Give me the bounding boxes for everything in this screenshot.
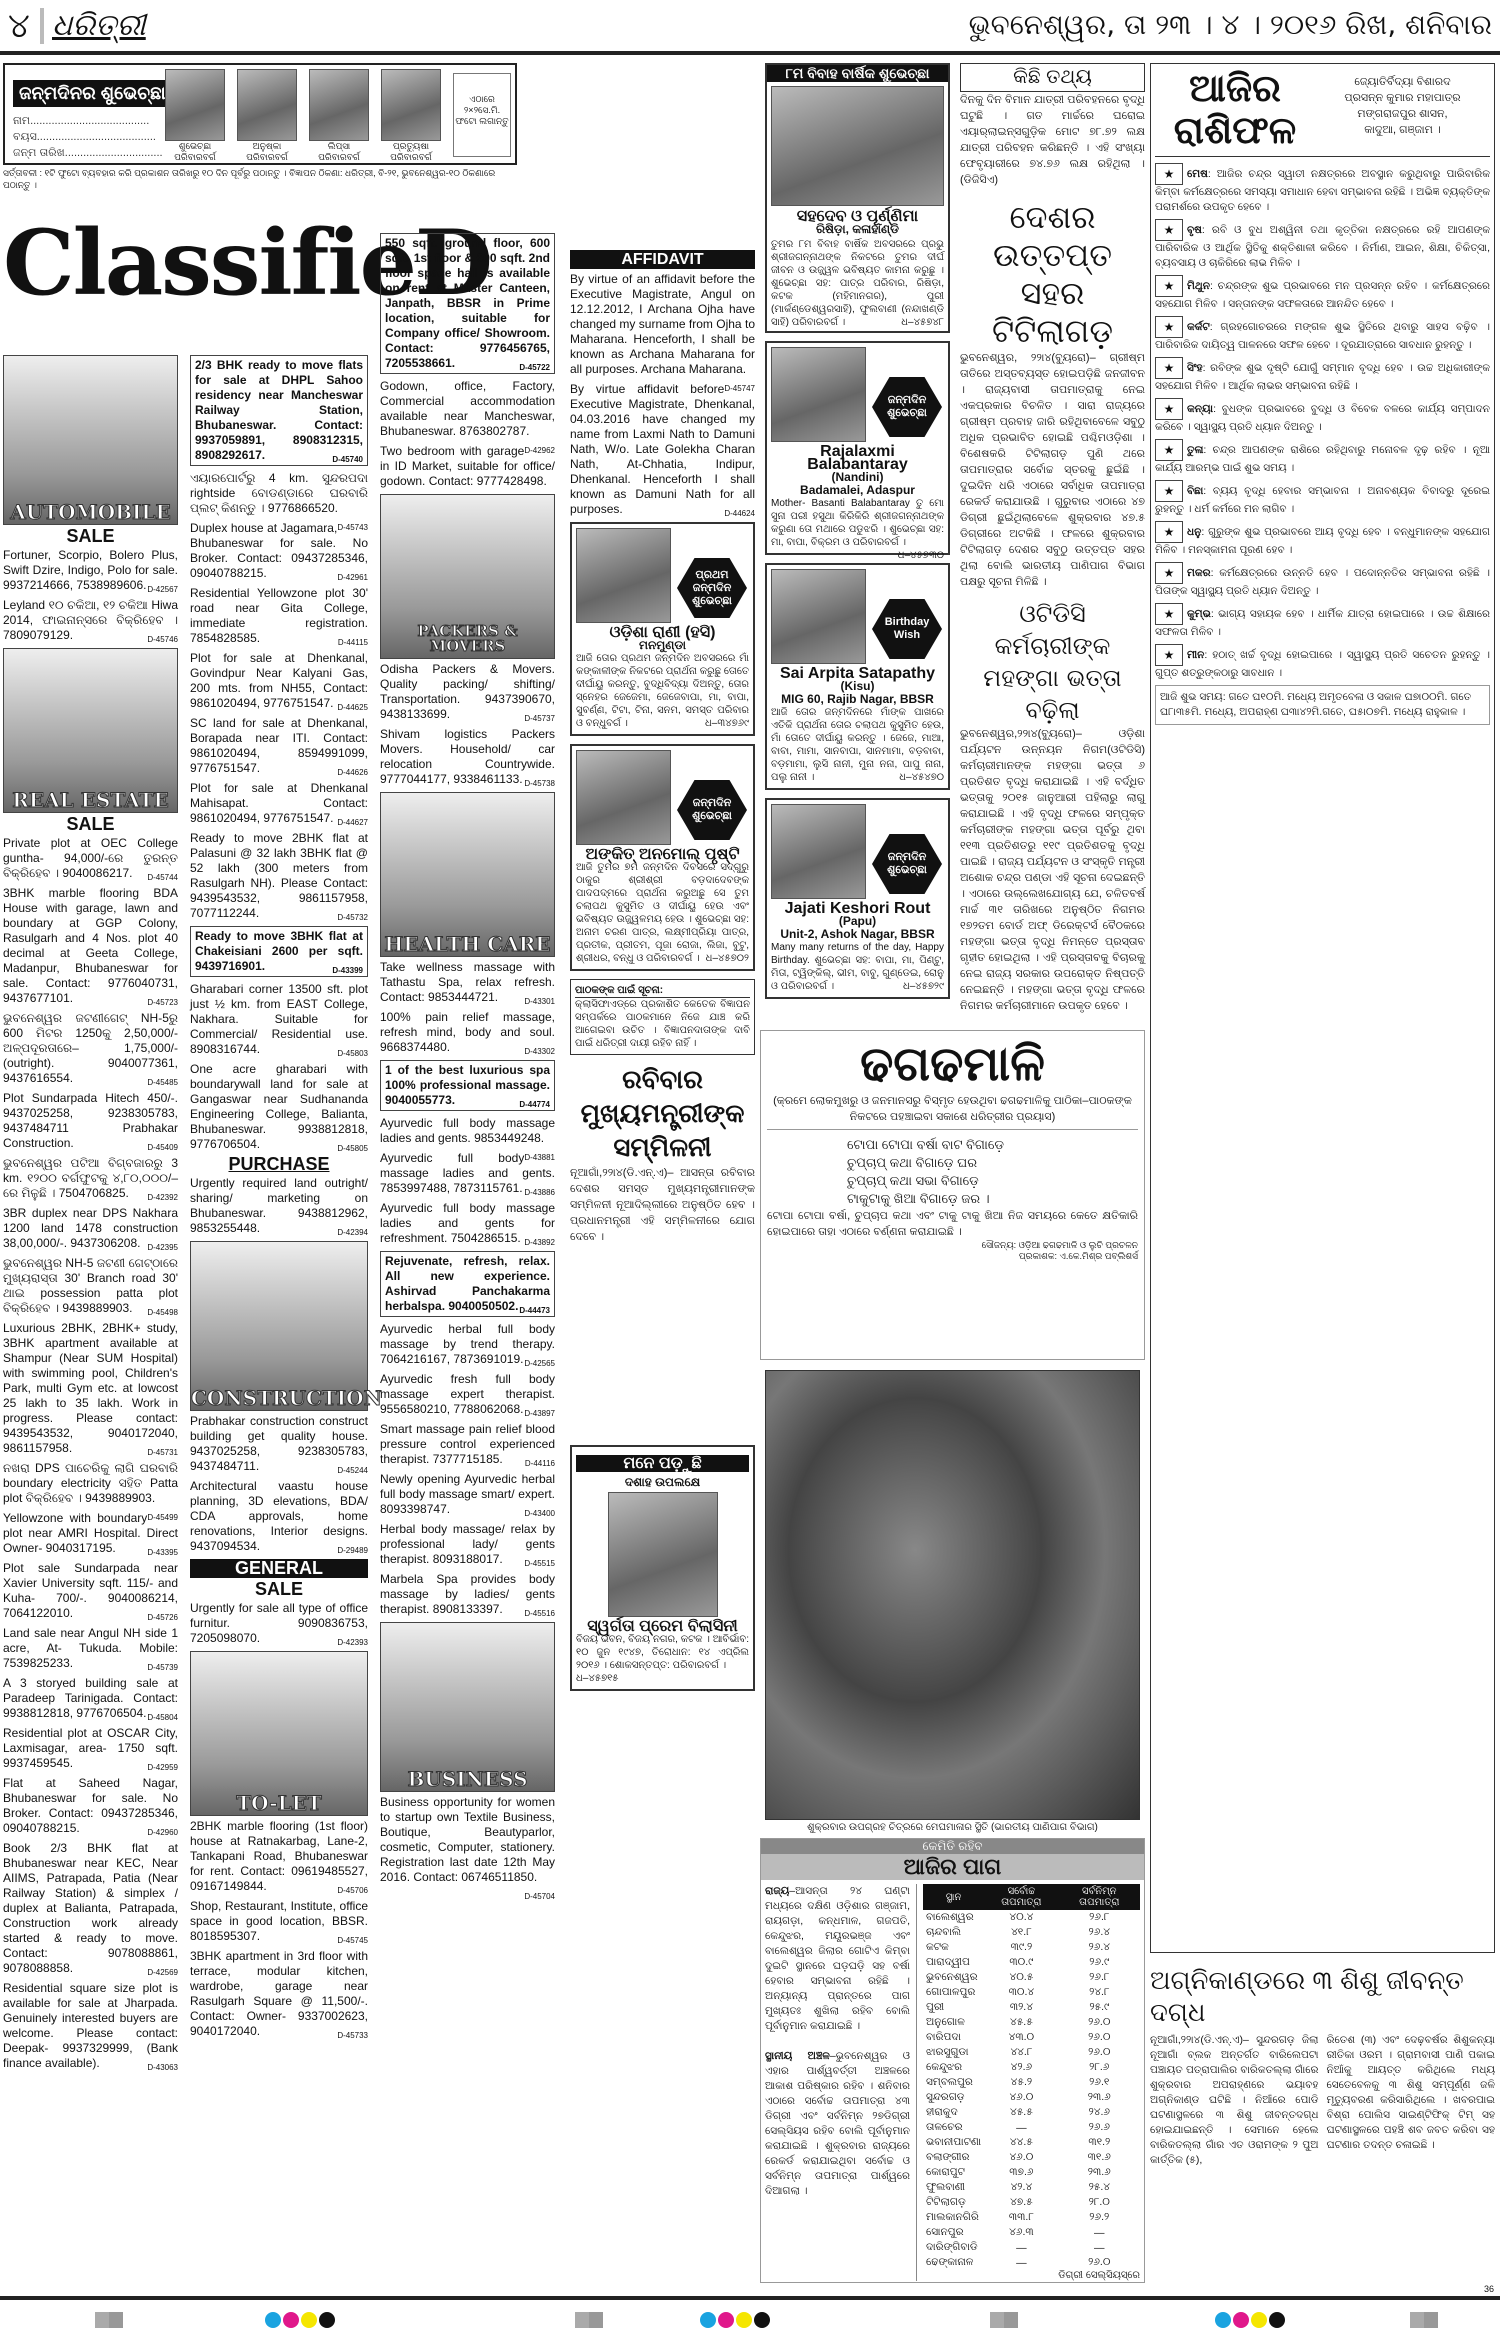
anniversary-heading: ୮ମ ବିବାହ ବାର୍ଷିକ ଶୁଭେଚ୍ଛା — [767, 65, 948, 82]
classified-ad: Luxurious 2BHK, 2BHK+ study, 3BHK apartm… — [3, 1321, 178, 1456]
first-birthday-badge: ପ୍ରଥମ ଜନ୍ମଦିନ ଶୁଭେଚ୍ଛା — [677, 558, 747, 618]
classified-ad: Architectural vaastu house planning, 3D … — [190, 1479, 368, 1554]
horoscope-title: ଆଜିରରାଶିଫଳ — [1155, 68, 1315, 152]
ad-code: D-45805 — [337, 1141, 368, 1156]
classified-ad: 3BHK marble flooring BDA House with gara… — [3, 886, 178, 1006]
zodiac-sign-lion: ★ସିଂହ: ରବିଙ୍କ ଶୁଭ ଦୃଷ୍ଟି ଯୋଗୁଁ ସମ୍ମାନ ବୃ… — [1155, 357, 1490, 394]
wish-message: ଆଜି ତୁମର ୭ମ ଜନ୍ମଦିନ ଦିବସରେ ସଦ୍‌ଗୁରୁ ଠାକୁ… — [576, 861, 749, 965]
fire-headline[interactable]: ଅଗ୍ନିକାଣ୍ଡରେ ୩ ଶିଶୁ ଜୀବନ୍ତ ଦଗ୍ଧ — [1150, 1965, 1495, 2029]
form-age-field: ବୟସ.....................................… — [13, 131, 156, 144]
wish-name: ଅଙ୍କିତ୍ ଅନମୋଲ୍ ପୃଷ୍ଟି — [576, 848, 749, 861]
obituary-heading: ମନେ ପଡ଼ୁଛି — [576, 1455, 749, 1472]
classified-ad: Ayurvedic herbal full body massage by tr… — [380, 1322, 555, 1367]
classified-ad: One acre gharabari with boundarywall lan… — [190, 1062, 368, 1152]
classified-ad: Gharabari corner 13500 sft. plot just ½ … — [190, 982, 368, 1057]
ad-code: D-44625 — [337, 700, 368, 715]
classified-column-5: ୮ମ ବିବାହ ବାର୍ଷିକ ଶୁଭେଚ୍ଛା ସହଦେବ ଓ ପୂର୍ଣ୍… — [765, 63, 950, 1007]
lion-icon: ★ — [1155, 357, 1183, 379]
classified-ad: Ayurvedic full body massage ladies and g… — [380, 1201, 555, 1246]
person-photo — [771, 569, 866, 664]
ad-code: D-45723 — [147, 995, 178, 1010]
couple-photo — [771, 86, 944, 206]
temperature-row: ଢେଙ୍କାନାଳ—୨୬.୦ — [923, 2255, 1140, 2270]
temperature-row: ଫୁଲବାଣୀ୪୨.୪୨୫.୪ — [923, 2180, 1140, 2195]
photo-image — [381, 69, 441, 141]
rally-body: ନୂଆଗାଁ,୨୨ା୪(ଡି.ଏନ୍.ଏ)– ଆସନ୍ତା ରବିବାର ଦେଶ… — [570, 1165, 755, 1245]
local-label: ସ୍ଥାନୀୟ ଅଞ୍ଚଳ — [765, 2050, 830, 2062]
verse-line: ଚୁପ୍‌ଚାପ୍ କଥା ବିଗାଡ଼େ ଘର — [847, 1154, 1138, 1172]
wish-message: ଆଜି ତୋର ପ୍ରଥମ ଜନ୍ମଦିନ ଅବସରରେ ମାଁ କଙ୍କାଳୀ… — [576, 652, 749, 730]
maiden-icon: ★ — [1155, 398, 1183, 420]
bull-icon: ★ — [1155, 219, 1183, 241]
ad-code: D-43399 — [332, 963, 363, 978]
birthday-badge: ଜନ୍ମଦିନ ଶୁଭେଚ୍ଛା — [872, 834, 942, 894]
ad-code: D-44627 — [337, 815, 368, 830]
water-bearer-icon: ★ — [1155, 603, 1183, 625]
birthday-wishes-form: ଜନ୍ମଦିନର ଶୁଭେଚ୍ଛା ନାମ...................… — [3, 63, 517, 165]
classified-ad: Private plot at OEC College guntha- 94,0… — [3, 836, 178, 881]
temperature-table-wrap: ସ୍ଥାନ ସର୍ବୋଚ୍ଚ ତାପମାତ୍ରା ସର୍ବନିମ୍ନ ତାପମା… — [923, 1884, 1140, 2281]
zodiac-sign-crab: ★କର୍କଟ: ଗ୍ରହଗୋଚରରେ ମଙ୍ଗଳ ଶୁଭ ସ୍ଥିତିରେ ଥି… — [1155, 316, 1490, 353]
crab-icon: ★ — [1155, 316, 1183, 338]
ad-code: D-42961 — [337, 570, 368, 585]
satellite-weather-map — [765, 1370, 1140, 1820]
classified-ad: Ready to move 2BHK flat at Palasuni @ 32… — [190, 831, 368, 921]
ad-code: D-45726 — [147, 1610, 178, 1625]
temperature-row: ବାଲେଶ୍ୱର୪୦.୪୨୬.୮ — [923, 1910, 1140, 1925]
ad-code: D-42393 — [337, 1635, 368, 1650]
ad-code: D-44116 — [525, 1456, 555, 1471]
goat-icon: ★ — [1155, 562, 1183, 584]
ad-code: D-45515 — [524, 1556, 555, 1571]
ad-code: D-42569 — [147, 1965, 178, 1980]
temperature-row: ତାଳଚେର—୨୬.୬ — [923, 2120, 1140, 2135]
classified-ad: Land sale near Angul NH side 1 acre, At-… — [3, 1626, 178, 1671]
verse-line: ଟୋପା ଟୋପା ବର୍ଷା ବାଟ ବିଗାଡ଼େ — [847, 1136, 1138, 1154]
page-code: 36 — [1484, 2284, 1494, 2294]
form-dob-field: ଜନ୍ମ ତାରିଖ..............................… — [13, 147, 163, 160]
automobile-banner: AUTOMOBILE — [3, 355, 178, 525]
temperature-row: ସୁନ୍ଦରଗଡ଼୪୬.୦୨୩.୬ — [923, 2090, 1140, 2105]
classified-column-3: 550 sqft. ground floor, 600 sqft. 1st fl… — [380, 233, 555, 1904]
ad-code: D-42394 — [337, 1225, 368, 1240]
ad-code: D-29489 — [337, 1543, 368, 1558]
health-care-label: HEALTH CARE — [381, 937, 554, 952]
heat-headline[interactable]: ଦେଶର ଉତ୍ତପ୍ତ ସହର ଟିଟିଲାଗଡ଼ — [960, 198, 1145, 350]
zodiac-sign-twins: ★ମିଥୁନ: ଚନ୍ଦ୍ରଙ୍କ ଶୁଭ ପ୍ରଭାବରେ ମନ ପ୍ରସନ୍… — [1155, 275, 1490, 312]
zodiac-sign-archer: ★ଧନୁ: ଗୁରୁଙ୍କ ଶୁଭ ପ୍ରଭାବରେ ଆୟ ବୃଦ୍ଧି ହେବ… — [1155, 521, 1490, 558]
ad-code: D-45706 — [337, 1883, 368, 1898]
ad-code: D-42565 — [524, 1356, 555, 1371]
classified-ad: Herbal body massage/ relax by profession… — [380, 1522, 555, 1567]
ad-code: D-44774 — [519, 1097, 550, 1112]
photo-image — [165, 69, 225, 141]
temperature-row: ଟିଟିଲାଗଡ଼୪୭.୫୨୮.୦ — [923, 2195, 1140, 2210]
dhaga-explanation: ଟୋପା ଟୋପା ବର୍ଷା, ଚୁପ୍‌ଚାପ କଥା ଏବଂ ଟାକୁ ଟ… — [767, 1208, 1138, 1240]
affidavit-notice: By virtue of an affidavit before the Exe… — [570, 272, 755, 377]
news-column: କିଛି ତଥ୍ୟ ଦିନକୁ ଦିନ ବିମାନ ଯାତ୍ରୀ ପରିବହନର… — [960, 63, 1145, 1014]
rally-headline[interactable]: ରବିବାର ମୁଖ୍ୟମନ୍ତ୍ରୀଙ୍କ ସମ୍ମିଳନୀ — [570, 1063, 755, 1165]
ad-code: D-45740 — [332, 452, 363, 467]
ad-code: D-45485 — [147, 1075, 178, 1090]
classified-ad: SC land for sale at Dhenkanal, Borapada … — [190, 716, 368, 776]
ad-code: D-43063 — [147, 2060, 178, 2075]
birthday-strip-title: ଜନ୍ମଦିନର ଶୁଭେଚ୍ଛା — [13, 80, 172, 107]
temperature-row: କଟକ୩୯.୨୨୬.୪ — [923, 1940, 1140, 1955]
classified-ad: ଭୁବନେଶ୍ୱର ଜଟଣୀଗେଟ୍ NH-5ରୁ 600 ମିଟର 1250କ… — [3, 1011, 178, 1086]
state-label: ରାଜ୍ୟ — [765, 1885, 789, 1897]
zodiac-sign-maiden: ★କନ୍ୟା: ବୁଧଙ୍କ ପ୍ରଭାବରେ ବୁଦ୍ଧି ଓ ବିବେକ ବ… — [1155, 398, 1490, 435]
classified-ad: ନଖରା DPS ପାଚେରିକୁ ଲାଗି ଘରବାରି boundary e… — [3, 1461, 178, 1506]
ad-code: D-44626 — [337, 765, 368, 780]
ad-code: D-45722 — [519, 360, 550, 375]
birthday-photo-1: ଶୁଭେଚ୍ଛା ପରିବାରବର୍ଗ — [165, 69, 225, 163]
dhaga-publisher: ପ୍ରକାଶକ: ଏ.କେ.ମିଶ୍ର ପବ୍ଲିଶର୍ସ — [767, 1251, 1138, 1262]
ad-code: D-43897 — [524, 1406, 555, 1421]
fire-news: ଅଗ୍ନିକାଣ୍ଡରେ ୩ ଶିଶୁ ଜୀବନ୍ତ ଦଗ୍ଧ ନୂଆଗାଁ,୨… — [1150, 1965, 1495, 2168]
person-photo — [771, 804, 866, 899]
ad-code: D-45803 — [337, 1046, 368, 1061]
temperature-row: କୋରାପୁଟ୩୭.୬୨୩.୬ — [923, 2165, 1140, 2180]
birthday-photo-2: ଅନୁଷ୍କା ପରିବାରବର୍ଗ — [237, 69, 297, 163]
classified-ad: Urgently for sale all type of office fur… — [190, 1601, 368, 1646]
ad-code: D-45739 — [147, 1660, 178, 1675]
masthead: ୪ ଧରିତ୍ରୀ ଭୁବନେଶ୍ୱର, ତା ୨୩ । ୪ । ୨୦୧୬ ରି… — [0, 0, 1500, 55]
dhaga-subtitle: (କ୍ରମେ ଲୋକମୁଖରୁ ଓ ଜନମାନସରୁ ବିସ୍ମୃତ ହେଉଥି… — [767, 1093, 1138, 1130]
ad-code: D-45745 — [337, 1933, 368, 1948]
temperature-row: ହୀରାକୁଦ୪୫.୫୨୪.୬ — [923, 2105, 1140, 2120]
dhaga-verse: ଟୋପା ଟୋପା ବର୍ଷା ବାଟ ବିଗାଡ଼େଚୁପ୍‌ଚାପ୍ କଥା… — [767, 1136, 1138, 1208]
classified-ad: Ayurvedic full body massage ladies and g… — [380, 1116, 555, 1146]
classified-column-2: 2/3 BHK ready to move flats for sale at … — [190, 355, 368, 2044]
ad-code: D-45743 — [337, 520, 368, 535]
classified-ad: Plot Sundarpada Hitech 450/-. 9437025258… — [3, 1091, 178, 1151]
classified-ad: ଭୁବନେଶ୍ୱର ପଟିଆ ବିଗ୍‌ବଜାରରୁ 3 km. ୧୨୦୦ ବର… — [3, 1156, 178, 1201]
zodiac-sign-ram: ★ମେଷ: ଆଜିର ଚନ୍ଦ୍ର ସ୍ୱାତୀ ନକ୍ଷତ୍ରରେ ଅବସ୍ଥ… — [1155, 163, 1490, 215]
zodiac-list: ★ମେଷ: ଆଜିର ଚନ୍ଦ୍ର ସ୍ୱାତୀ ନକ୍ଷତ୍ରରେ ଅବସ୍ଥ… — [1155, 163, 1490, 681]
construction-banner: CONSTRUCTION — [190, 1241, 368, 1411]
wish-message: ଆଜି ତୋର ଜନ୍ମଦିନରେ ମାଁଙ୍କ ପାଖରେ ଏତିକି ପ୍ର… — [771, 706, 944, 784]
obituary-photo — [608, 1492, 718, 1617]
classified-ad: 3BR duplex near DPS Nakhara 1200 land 14… — [3, 1206, 178, 1251]
weather-heading: ଆଜିର ପାଗ — [761, 1854, 1144, 1880]
ad-code: D-45732 — [337, 910, 368, 925]
astrologer-info: ଜ୍ୟୋତିର୍ବିଦ୍ୟା ବିଶାରଦ ପ୍ରସନ୍ନ କୁମାର ମହାପ… — [1315, 68, 1490, 152]
health-ads: Take wellness massage with Tathastu Spa,… — [380, 960, 555, 1617]
birthday-badge: ଜନ୍ମଦିନ ଶୁଭେଚ୍ଛା — [872, 377, 942, 437]
temperature-row: ଅନୁଗୋଳ୪୫.୫୨୬.୦ — [923, 2015, 1140, 2030]
zodiac-sign-scorpion: ★ବିଛା: ବ୍ୟୟ ବୃଦ୍ଧି ହେବାର ସମ୍ଭାବନା । ଅନାବ… — [1155, 480, 1490, 517]
classified-column-1: AUTOMOBILE SALE Fortuner, Scorpio, Boler… — [3, 355, 178, 2076]
footer-rule — [0, 2296, 1500, 2300]
temperature-row: ଦାରିଙ୍ଗିବାଡି—— — [923, 2240, 1140, 2255]
classified-ad: Leyland ୧୦ ଚକିଆ, ୧୨ ଚକିଆ Hiwa 2014, ଫାଇନ… — [3, 598, 178, 643]
birthday-photo-3: ଲିପ୍‌ସା ପରିବାରବର୍ଗ — [309, 69, 369, 163]
birthday-badge: ଜନ୍ମଦିନ ଶୁଭେଚ୍ଛା — [677, 780, 747, 840]
classified-ad: Newly opening Ayurvedic herbal full body… — [380, 1472, 555, 1517]
heat-body: ଭୁବନେଶ୍ୱର, ୨୨ା୪(ବ୍ୟୁରୋ)– ଗ୍ରୀଷ୍ମ ତାତିରେ … — [960, 350, 1145, 590]
registration-grey-block — [575, 2312, 603, 2333]
ad-code: D-44115 — [338, 635, 368, 650]
temperature-row: ପାରାଦ୍ୱୀପ୩୦.୯୨୬.୯ — [923, 1955, 1140, 1970]
classified-ad: Ready to move 3BHK flat at Chakeisiani 2… — [190, 926, 368, 977]
classified-ad: Godown, office, Factory, Commercial acco… — [380, 379, 555, 439]
ad-code: D-42960 — [147, 1825, 178, 1840]
birthday-wish-card: Birthday WishSai Arpita Satapathy(Kisu)M… — [765, 563, 950, 790]
temperature-row: କେନ୍ଦୁଝର୪୨.୬୨୮.୬ — [923, 2060, 1140, 2075]
local-forecast: –ଭୁବନେଶ୍ୱର ଓ ଏହାର ପାର୍ଶ୍ୱବର୍ତ୍ତୀ ଅଞ୍ଚଳରେ… — [765, 2050, 910, 2197]
form-name-field: ନାମ.....................................… — [13, 115, 149, 128]
ad-code: D-45244 — [337, 1463, 368, 1478]
classified-column-4: AFFIDAVIT By virtue of an affidavit befo… — [570, 250, 755, 1699]
tolet-label: TO-LET — [191, 1796, 367, 1811]
business-label: BUSINESS — [381, 1772, 554, 1787]
classified-ad: Business opportunity for women to startu… — [380, 1795, 555, 1885]
facts-body: ଦିନକୁ ଦିନ ବିମାନ ଯାତ୍ରୀ ପରିବହନରେ ବୃଦ୍ଧି ଘ… — [960, 92, 1145, 188]
map-caption: ଶୁକ୍ରବାର ଉପଗ୍ରହ ଚିତ୍ରରେ ମେଘମାଳାର ସ୍ଥିତି … — [765, 1822, 1140, 1833]
ad-code: D-42392 — [147, 1190, 178, 1205]
purchase-heading: PURCHASE — [190, 1157, 368, 1172]
birthday-photo-4: ପ୍ରତ୍ୟୁଷା ପରିବାରବର୍ଗ — [381, 69, 441, 163]
temperature-row: ଚାନ୍ଦବାଲି୪୧.୮୨୬.୪ — [923, 1925, 1140, 1940]
ad-code: D-45498 — [147, 1305, 178, 1320]
cmyk-registration-marks — [700, 2312, 772, 2333]
business-banner: BUSINESS — [380, 1622, 555, 1792]
wish-place: Unit-2, Ashok Nagar, BBSR — [771, 928, 944, 941]
classified-ad: Smart massage pain relief blood pressure… — [380, 1422, 555, 1467]
state-forecast: –ଆସନ୍ତା ୨୪ ଘଣ୍ଟା ମଧ୍ୟରେ ଦକ୍ଷିଣ ଓଡ଼ିଶାର ଗ… — [765, 1885, 910, 2032]
classified-ad: A 3 storyed building sale at Paradeep Ta… — [3, 1676, 178, 1721]
temperature-row: ସୋନପୁର୪୬.୩— — [923, 2225, 1140, 2240]
ad-code: D-43302 — [524, 1044, 555, 1059]
ad-code: D-43400 — [524, 1506, 555, 1521]
auto-sale-heading: SALE — [3, 529, 178, 544]
ad-code: D-45744 — [147, 870, 178, 885]
dhaga-heading: ଢଗଢମାଳି — [767, 1037, 1138, 1093]
unit-note: ଡିଗ୍ରୀ ସେଲ୍‌ସିୟସ୍‌ରେ — [923, 2270, 1140, 2281]
classified-ad: Shivam logistics Packers Movers. Househo… — [380, 727, 555, 787]
zodiac-sign-fish: ★ମୀନ: ହଠାତ୍ ଖର୍ଚ୍ଚ ବୃଦ୍ଧି ହୋଇପାରେ । ସ୍ୱା… — [1155, 644, 1490, 681]
ad-code: D-45731 — [147, 1445, 178, 1460]
masthead-divider — [40, 8, 44, 44]
child-photo — [576, 528, 671, 623]
temperature-row: ଭବାନୀପାଟଣା୪୪.୫୩୧.୨ — [923, 2135, 1140, 2150]
general-ads: Urgently for sale all type of office fur… — [190, 1601, 368, 1646]
temperature-row: ଝାରସୁଗୁଡା୪୪.୮୨୬.୦ — [923, 2045, 1140, 2060]
ad-code: D-42395 — [147, 1240, 178, 1255]
classified-ad: ଏୟାରପୋର୍ଟରୁ 4 km. ସୁନ୍ଦରପଦା rightside ବୋ… — [190, 471, 368, 516]
classified-ad: Rejuvenate, refresh, relax. All new expe… — [380, 1251, 555, 1317]
classified-logo: ClassifieD — [3, 210, 373, 325]
affidavit-heading: AFFIDAVIT — [570, 250, 755, 269]
classified-ad: Shop, Restaurant, Institute, office spac… — [190, 1899, 368, 1944]
readers-notice: ପାଠକଙ୍କ ପାଇଁ ସୂଚନା: କ୍ଲାସିଫାଏଡ୍‌ରେ ପ୍ରକା… — [570, 979, 755, 1055]
ad-code: D-43881 — [524, 1150, 555, 1165]
business-ads: Business opportunity for women to startu… — [380, 1795, 555, 1885]
packers-banner: PACKERS & MOVERS — [380, 494, 555, 659]
birthday-wish-card: ପ୍ରଥମ ଜନ୍ମଦିନ ଶୁଭେଚ୍ଛା ଓଡ଼ିଶା ରାଣୀ (ହସି)… — [570, 522, 755, 736]
construction-ads: Prabhakar construction construct buildin… — [190, 1414, 368, 1554]
wish-message: Many many returns of the day, Happy Birt… — [771, 941, 944, 993]
temperature-row: ସମ୍ବଲପୁର୪୫.୨୨୬.୧ — [923, 2075, 1140, 2090]
fish-icon: ★ — [1155, 644, 1183, 666]
weather-prefix: କେମିତି ରହିବ — [761, 1839, 1144, 1854]
ad-code: D-45516 — [524, 1606, 555, 1621]
ad-code: D-45409 — [147, 1140, 178, 1155]
birthday-wish-card: ଜନ୍ମଦିନ ଶୁଭେଚ୍ଛା ଅଙ୍କିତ୍ ଅନମୋଲ୍ ପୃଷ୍ଟି ଆ… — [570, 744, 755, 971]
classified-ad: Residential plot at OSCAR City, Laxmisag… — [3, 1726, 178, 1771]
classified-ad: Odisha Packers & Movers. Quality packing… — [380, 662, 555, 722]
classified-ad: Book 2/3 BHK flat at Bhubaneswar near KE… — [3, 1841, 178, 1976]
registration-grey-block — [990, 2312, 1018, 2333]
zodiac-sign-goat: ★ମକର: କର୍ମକ୍ଷେତ୍ରରେ ଉନ୍ନତି ହେବ । ପଦୋନ୍ନତ… — [1155, 562, 1490, 599]
temperature-table: ସ୍ଥାନ ସର୍ବୋଚ୍ଚ ତାପମାତ୍ରା ସର୍ବନିମ୍ନ ତାପମା… — [923, 1884, 1140, 2270]
obituary-card: ମନେ ପଡ଼ୁଛି ଦଶାହ ଉପଲକ୍ଷେ ସ୍ୱର୍ଗତା ପ୍ରେମ ବ… — [570, 1445, 755, 1691]
ad-code: D-45499 — [147, 1510, 178, 1525]
classified-ad: Marbela Spa provides body massage by lad… — [380, 1572, 555, 1617]
anniversary-card: ୮ମ ବିବାହ ବାର୍ଷିକ ଶୁଭେଚ୍ଛା ସହଦେବ ଓ ପୂର୍ଣ୍… — [765, 63, 950, 333]
temperature-row: ପୁରୀ୩୨.୪୨୫.୯ — [923, 2000, 1140, 2015]
classified-ad: Ayurvedic fresh full body massage expert… — [380, 1372, 555, 1417]
birthday-wish-card: ଜନ୍ମଦିନ ଶୁଭେଚ୍ଛାRajalaxmi Balabantaray(N… — [765, 341, 950, 555]
ad-code: D-42959 — [147, 1760, 178, 1775]
zodiac-sign-water-bearer: ★କୁମ୍ଭ: ଭାଗ୍ୟ ସହାୟକ ହେବ । ଧାର୍ମିକ ଯାତ୍ରା… — [1155, 603, 1490, 640]
cmyk-registration-marks — [1215, 2312, 1287, 2333]
verse-line: ଚୁପ୍‌ଚାପ୍ କଥା ସଭା ବିଗାଡ଼େ — [847, 1172, 1138, 1190]
construction-label: CONSTRUCTION — [191, 1391, 367, 1406]
photo-image — [309, 69, 369, 141]
ad-code: D-45804 — [147, 1710, 178, 1725]
temperature-row: ମାଲକାନଗିରି୩୩.୮୨୬.୨ — [923, 2210, 1140, 2225]
registration-grey-block — [95, 2312, 123, 2333]
twins-icon: ★ — [1155, 275, 1183, 297]
purchase-ads: Urgently required land outright/ sharing… — [190, 1176, 368, 1236]
ad-code: D-45738 — [524, 776, 555, 791]
classified-ad: Residential square size plot is availabl… — [3, 1981, 178, 2071]
packers-label: PACKERS & MOVERS — [381, 624, 554, 654]
classified-ad: 100% pain relief massage, refresh mind, … — [380, 1010, 555, 1055]
tolet-banner: TO-LET — [190, 1651, 368, 1816]
general-heading: GENERAL — [190, 1559, 368, 1578]
tolet-ads: 2BHK marble flooring (1st floor) house a… — [190, 1819, 368, 2039]
classified-ad: Plot for sale at Dhenkanal, Govindpur Ne… — [190, 651, 368, 711]
classified-ad: Flat at Saheed Nagar, Bhubaneswar for sa… — [3, 1776, 178, 1836]
classified-ad: Take wellness massage with Tathastu Spa,… — [380, 960, 555, 1005]
zodiac-sign-scales: ★ତୁଳା: ଚନ୍ଦ୍ର ଆପଣଙ୍କ ରାଶିରେ ରହିଥିବାରୁ ମନ… — [1155, 439, 1490, 476]
real-estate-label: REAL ESTATE — [4, 793, 177, 808]
person-photo — [771, 347, 866, 442]
weather-box: କେମିତି ରହିବ ଆଜିର ପାଗ ରାଜ୍ୟ–ଆସନ୍ତା ୨୪ ଘଣ୍… — [760, 1838, 1145, 2283]
temperature-row: ଭୁବନେଶ୍ୱର୪୦.୫୨୬.୮ — [923, 1970, 1140, 1985]
birthday-badge: Birthday Wish — [872, 599, 942, 659]
otdc-body: ଭୁବନେଶ୍ୱର,୨୨ା୪(ବ୍ୟୁରୋ)– ଓଡ଼ିଶା ପର୍ଯ୍ୟଟନ … — [960, 726, 1145, 1014]
ad-code: D-44473 — [519, 1303, 550, 1318]
dateline: ଭୁବନେଶ୍ୱର, ତା ୨୩ । ୪ । ୨୦୧୬ ରିଖ, ଶନିବାର — [969, 8, 1492, 42]
classified-ad: 550 sqft. ground floor, 600 sqft. 1st fl… — [380, 233, 555, 374]
affidavit-notice: By virtue affidavit before Executive Mag… — [570, 382, 755, 517]
auspicious-time: ଆଜି ଶୁଭ ସମୟ: ଗତେ ଘ୧୦ମି. ମଧ୍ୟେ ଅମୃତବେଳା ଓ… — [1155, 685, 1490, 725]
archer-icon: ★ — [1155, 521, 1183, 543]
real-estate-ads-2: 2/3 BHK ready to move flats for sale at … — [190, 355, 368, 1152]
classified-ad: Urgently required land outright/ sharing… — [190, 1176, 368, 1236]
packers-ads: Odisha Packers & Movers. Quality packing… — [380, 662, 555, 787]
ad-code: D-42962 — [524, 443, 555, 458]
wish-place: ମନମୁଣ୍ଡା — [576, 639, 749, 652]
classified-ad: Fortuner, Scorpio, Bolero Plus, Swift Dz… — [3, 548, 178, 593]
birthday-wish-card: ଜନ୍ମଦିନ ଶୁଭେଚ୍ଛାJajati Keshori Rout(Papu… — [765, 798, 950, 999]
commercial-ads: 550 sqft. ground floor, 600 sqft. 1st fl… — [380, 233, 555, 489]
birthday-terms: ସର୍ତ୍ତାବଳୀ : ୧ଟି ଫୁଟୋ ବ୍ୟବହାର କରି ପ୍ରକାଶ… — [3, 167, 517, 191]
real-estate-banner: REAL ESTATE — [3, 648, 178, 813]
ad-code: D-43886 — [524, 1185, 555, 1200]
classified-ad: 3BHK apartment in 3rd floor with terrace… — [190, 1949, 368, 2039]
classified-ad: Plot for sale at Dhenkanal Mahisapat. Co… — [190, 781, 368, 826]
wish-name: Rajalaxmi Balabantaray — [771, 445, 944, 471]
temperature-row: ଗୋପାଳପୁର୩୦.୪୨୪.୮ — [923, 1985, 1140, 2000]
zodiac-sign-bull: ★ବୃଷ: ରବି ଓ ବୁଧ ଅଶ୍ୱିନୀ ତଥା କୃତ୍ତିକା ନକ୍… — [1155, 219, 1490, 271]
wish-place: Badamalei, Adaspur — [771, 484, 944, 497]
dhaga-dhamali-box: ଢଗଢମାଳି (କ୍ରମେ ଲୋକମୁଖରୁ ଓ ଜନମାନସରୁ ବିସ୍ମ… — [760, 1030, 1145, 1360]
ad-code: D-45704 — [524, 1889, 555, 1904]
ad-code: D-45733 — [337, 2028, 368, 2043]
real-estate-ads: Private plot at OEC College guntha- 94,0… — [3, 836, 178, 2071]
re-sale-heading: SALE — [3, 817, 178, 832]
otdc-headline[interactable]: ଓଟିଡିସି କର୍ମଚାରୀଙ୍କ ମହଙ୍ଗା ଭତ୍ତା ବଢ଼ିଲା — [960, 598, 1145, 726]
photo-placeholder: ଏଠାରେ ୨×୨ସେ.ମି. ଫଟୋ ଲଗାନ୍ତୁ — [453, 73, 511, 157]
facts-heading: କିଛି ତଥ୍ୟ — [960, 63, 1145, 92]
classified-ad: Plot sale Sundarpada near Xavier Univers… — [3, 1561, 178, 1621]
classified-ad: 2BHK marble flooring (1st floor) house a… — [190, 1819, 368, 1894]
scales-icon: ★ — [1155, 439, 1183, 461]
ad-code: D-43301 — [524, 994, 555, 1009]
registration-grey-block — [1410, 2312, 1438, 2333]
classified-ad: 1 of the best luxurious spa 100% profess… — [380, 1060, 555, 1111]
ad-code: D-43892 — [524, 1235, 555, 1250]
wish-message: Mother- Basanti Balabantaray ତୁ ମୋ ସୁନା … — [771, 497, 944, 549]
ad-code: D-43395 — [147, 1545, 178, 1560]
classified-ad: Residential Yellowzone plot 30' road nea… — [190, 586, 368, 646]
temperature-row: ବଲାଙ୍ଗୀର୪୬.୦୩୧.୬ — [923, 2150, 1140, 2165]
wish-place: MIG 60, Rajib Nagar, BBSR — [771, 693, 944, 706]
classified-ad: 2/3 BHK ready to move flats for sale at … — [190, 355, 368, 466]
verse-line: ଟାକୁଟାକୁ ଖିଆ ବିଗାଡ଼େ ଜର । — [847, 1190, 1138, 1208]
cmyk-registration-marks — [265, 2312, 337, 2333]
horoscope-box: ଆଜିରରାଶିଫଳ ଜ୍ୟୋତିର୍ବିଦ୍ୟା ବିଶାରଦ ପ୍ରସନ୍ନ… — [1150, 63, 1495, 1953]
temperature-row: ବାରିପଦା୪୩.୦୨୬.୦ — [923, 2030, 1140, 2045]
classified-ad: Prabhakar construction construct buildin… — [190, 1414, 368, 1474]
scorpion-icon: ★ — [1155, 480, 1183, 502]
page-number: ୪ — [8, 6, 30, 46]
classified-ad: ଭୁବନେଶ୍ୱର NH-5 ଜଟଣୀ ଗେଟ୍‌ଠାରେ ମୁଖ୍ୟରାସ୍ତ… — [3, 1256, 178, 1316]
general-sale-heading: SALE — [190, 1582, 368, 1597]
child-photo — [576, 750, 671, 845]
ram-icon: ★ — [1155, 163, 1183, 185]
newspaper-logo[interactable]: ଧରିତ୍ରୀ — [52, 8, 146, 43]
obituary-name: ସ୍ୱର୍ଗତା ପ୍ରେମ ବିଲାସିନୀ — [576, 1620, 749, 1633]
automobile-label: AUTOMOBILE — [4, 505, 177, 520]
health-care-banner: HEALTH CARE — [380, 792, 555, 957]
col5-wishes: ଜନ୍ମଦିନ ଶୁଭେଚ୍ଛାRajalaxmi Balabantaray(N… — [765, 341, 950, 999]
dhaga-credit: ସୌଜନ୍ୟ: ଓଡ଼ିଆ ଢଗଢମାଳି ଓ ଲୁଚି ପ୍ରଚଳନ — [767, 1240, 1138, 1251]
photo-image — [237, 69, 297, 141]
ad-code: D-45737 — [524, 711, 555, 726]
